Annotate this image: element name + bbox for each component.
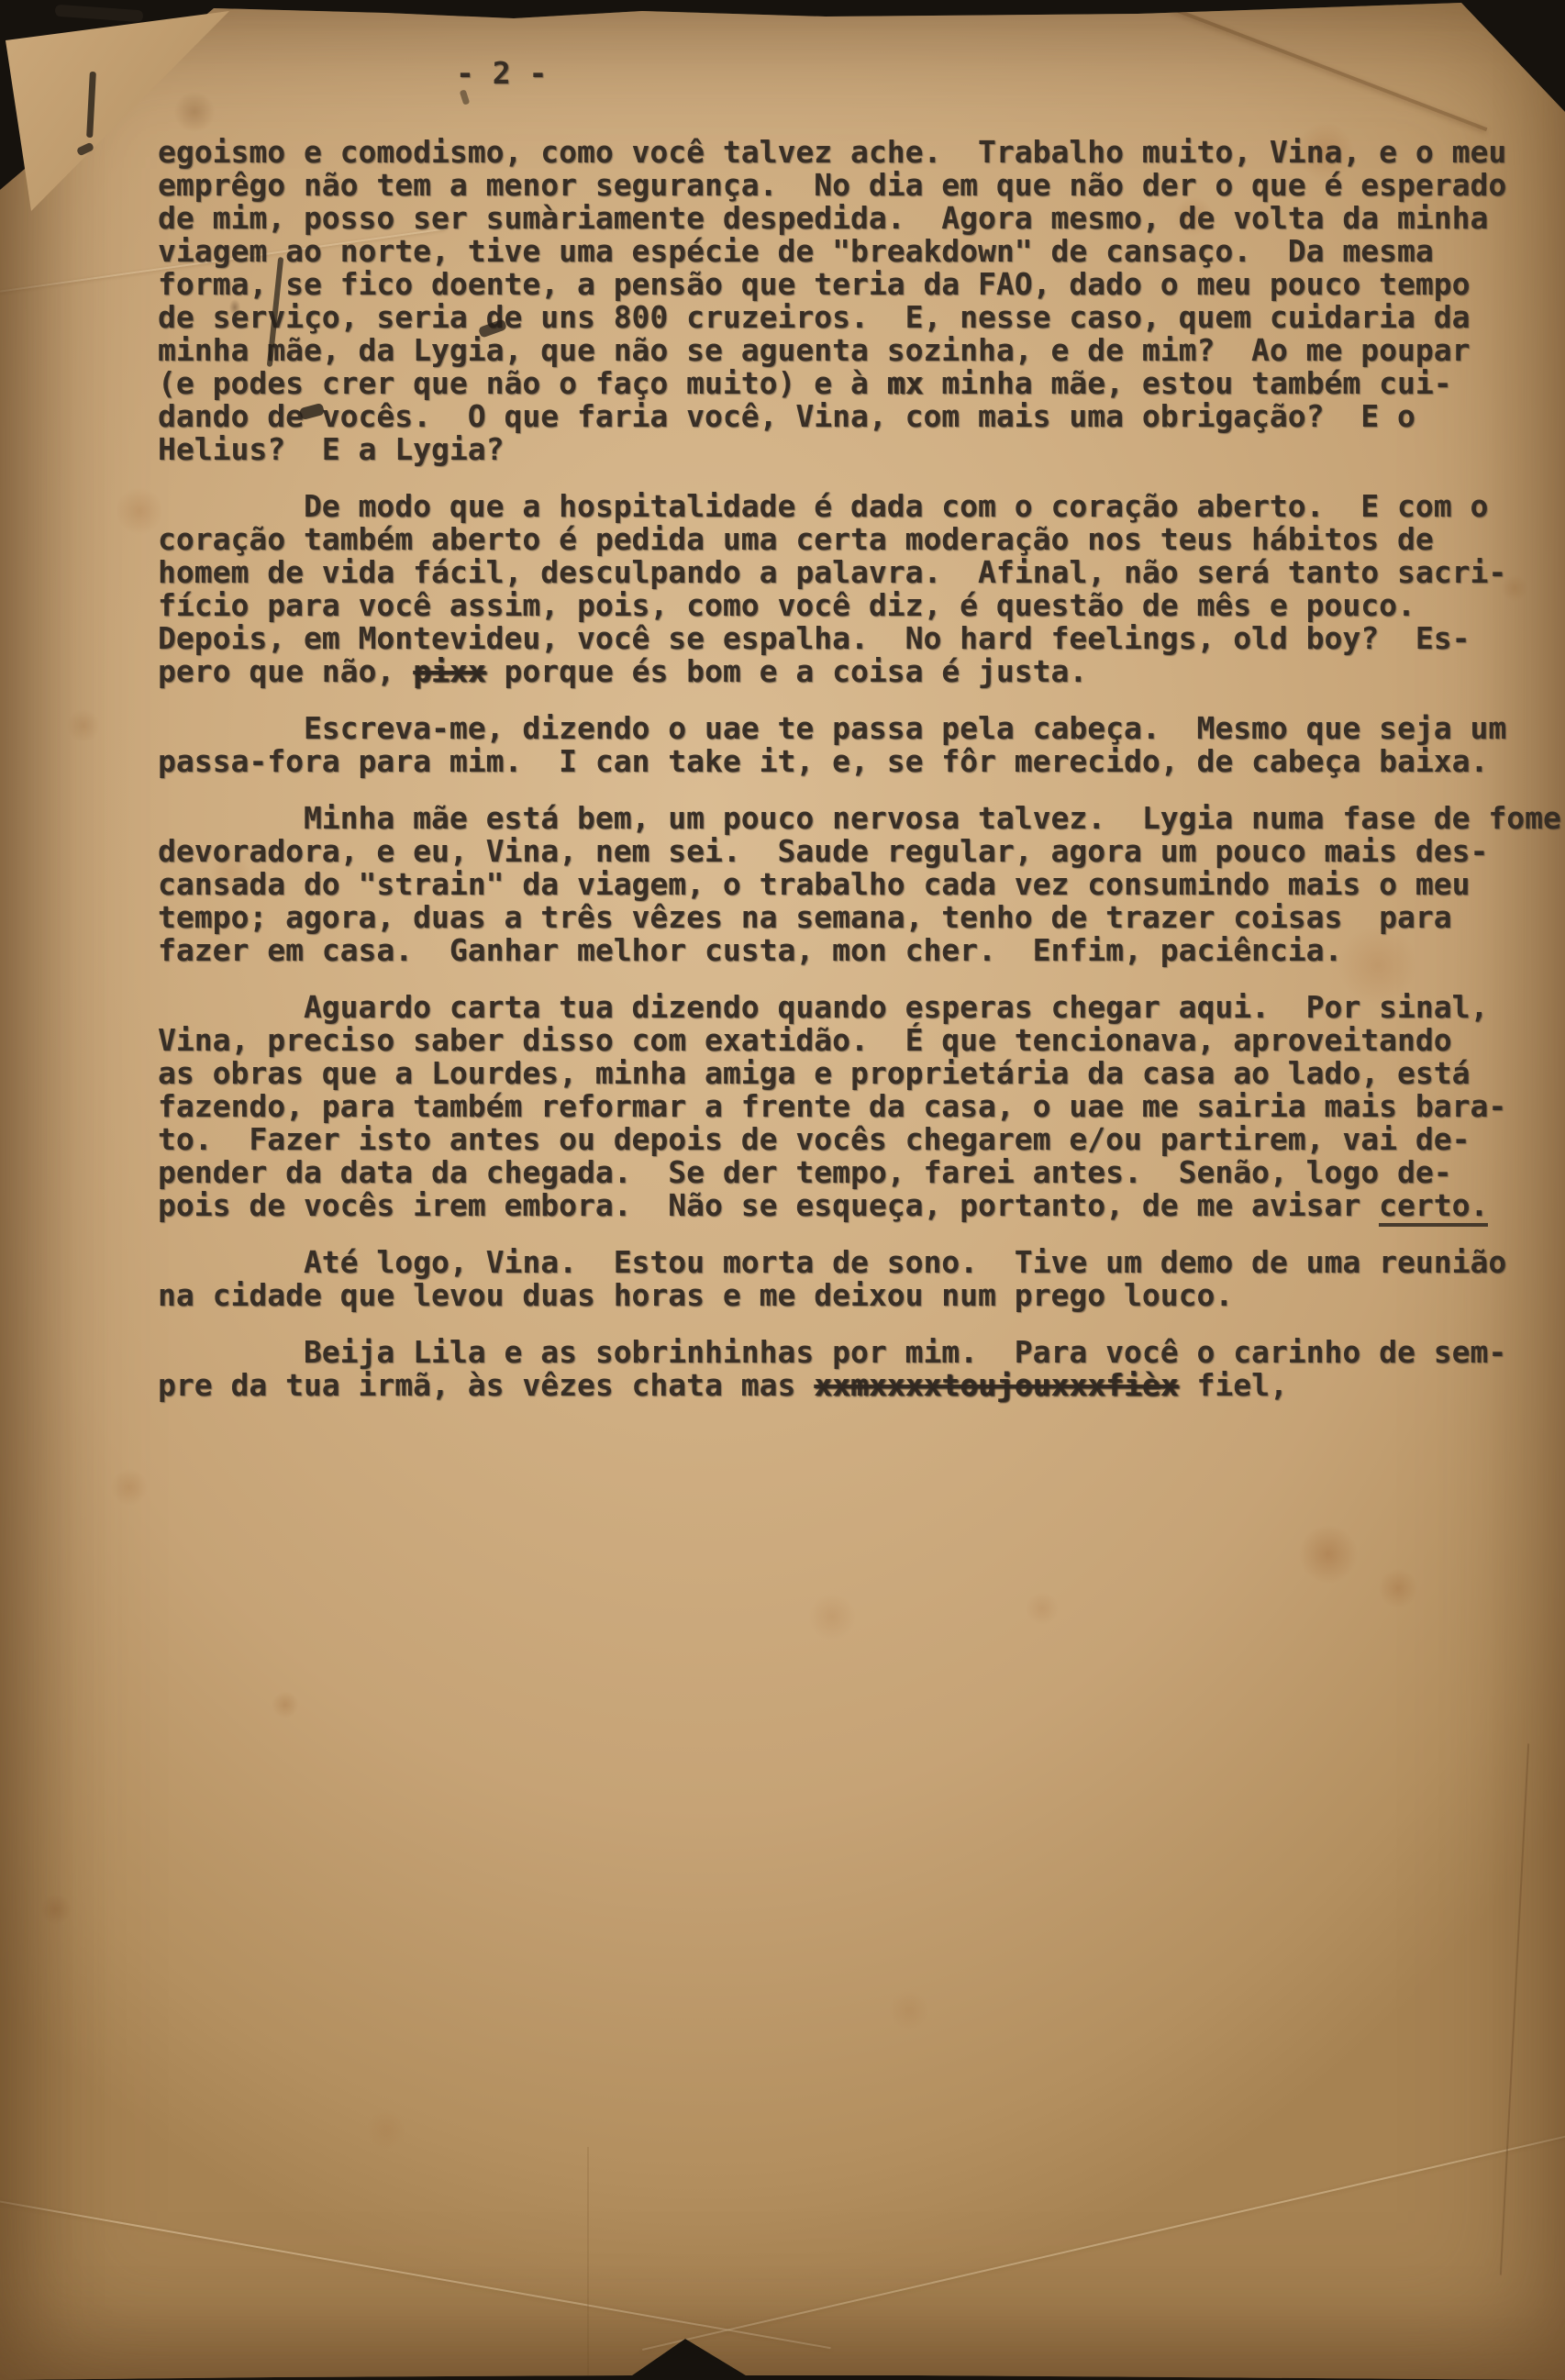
paragraph-4: Minha mãe está bem, um pouco nervosa tal… [158, 802, 1532, 967]
text-line: fício para você assim, pois, como você d… [158, 589, 1532, 622]
letter-body: egoismo e comodismo, como você talvez ac… [158, 136, 1532, 1426]
text-line: de serviço, seria de uns 800 cruzeiros. … [158, 301, 1532, 334]
typed-segment: (e podes crer que não o faço muito) e à [158, 365, 887, 401]
text-line: passa-fora para mim. I can take it, e, s… [158, 745, 1532, 778]
typed-segment: Depois, em Montevideu, você se espalha. … [158, 620, 1470, 656]
text-line: de mim, posso ser sumàriamente despedida… [158, 202, 1532, 235]
typed-segment: passa-fora para mim. I can take it, e, s… [158, 743, 1488, 779]
typed-segment: forma, se fico doente, a pensão que teri… [158, 266, 1470, 302]
text-line: pender da data da chegada. Se der tempo,… [158, 1156, 1532, 1189]
text-line: viagem ao norte, tive uma espécie de "br… [158, 235, 1532, 268]
typed-segment-underline: certo. [1379, 1187, 1488, 1227]
text-line: Helius? E a Lygia? [158, 433, 1532, 466]
text-line: as obras que a Lourdes, minha amiga e pr… [158, 1057, 1532, 1090]
typed-segment: minha mãe, da Lygia, que não se aguenta … [158, 332, 1470, 368]
typed-segment-strike: xxmxxxxtoujouxxxfièx [814, 1367, 1178, 1403]
typed-segment: Beija Lila e as sobrinhinhas por mim. Pa… [158, 1334, 1506, 1370]
typed-segment: pre da tua irmã, às vêzes chata mas [158, 1367, 814, 1403]
text-line: homem de vida fácil, desculpando a palav… [158, 556, 1532, 589]
crease-line [1500, 1743, 1529, 2274]
text-line: (e podes crer que não o faço muito) e à … [158, 367, 1532, 400]
typed-segment: De modo que a hospitalidade é dada com o… [158, 488, 1488, 524]
typed-segment: viagem ao norte, tive uma espécie de "br… [158, 233, 1434, 269]
text-line: fazendo, para também reformar a frente d… [158, 1090, 1532, 1123]
typed-segment: na cidade que levou duas horas e me deix… [158, 1277, 1233, 1313]
text-line: Até logo, Vina. Estou morta de sono. Tiv… [158, 1246, 1532, 1279]
text-line: cansada do "strain" da viagem, o trabalh… [158, 868, 1532, 901]
text-line: dando de vocês. O que faria você, Vina, … [158, 400, 1532, 433]
typed-segment: Minha mãe está bem, um pouco nervosa tal… [158, 800, 1561, 836]
typed-segment: de serviço, seria de uns 800 cruzeiros. … [158, 299, 1470, 335]
text-line: pre da tua irmã, às vêzes chata mas xxmx… [158, 1369, 1532, 1402]
paragraph-6: Até logo, Vina. Estou morta de sono. Tiv… [158, 1246, 1532, 1312]
text-line: tempo; agora, duas a três vêzes na seman… [158, 901, 1532, 934]
paragraph-1: egoismo e comodismo, como você talvez ac… [158, 136, 1532, 466]
text-line: Vina, preciso saber disso com exatidão. … [158, 1024, 1532, 1057]
text-line: Aguardo carta tua dizendo quando esperas… [158, 991, 1532, 1024]
typed-segment: Aguardo carta tua dizendo quando esperas… [158, 989, 1488, 1025]
typed-segment: minha mãe, estou também cui- [923, 365, 1451, 401]
typed-segment: emprêgo não tem a menor segurança. No di… [158, 167, 1506, 203]
typed-segment: cansada do "strain" da viagem, o trabalh… [158, 866, 1470, 902]
typed-segment: Vina, preciso saber disso com exatidão. … [158, 1022, 1452, 1058]
text-line: Escreva-me, dizendo o uae te passa pela … [158, 712, 1532, 745]
typed-segment: pero que não, [158, 653, 413, 689]
text-line: pero que não, pixx porque és bom e a coi… [158, 655, 1532, 688]
text-line: Beija Lila e as sobrinhinhas por mim. Pa… [158, 1336, 1532, 1369]
typed-segment: fício para você assim, pois, como você d… [158, 587, 1415, 623]
page-number: - 2 - [456, 55, 547, 91]
typed-segment: tempo; agora, duas a três vêzes na seman… [158, 899, 1452, 935]
scanned-letter-screenshot: { "page": { "number_label": "- 2 -" }, "… [0, 0, 1565, 2380]
typed-segment: to. Fazer isto antes ou depois de vocês … [158, 1121, 1470, 1157]
text-line: pois de vocês irem embora. Não se esqueç… [158, 1189, 1532, 1222]
paragraph-3: Escreva-me, dizendo o uae te passa pela … [158, 712, 1532, 778]
text-line: devoradora, e eu, Vina, nem sei. Saude r… [158, 835, 1532, 868]
typed-segment: egoismo e comodismo, como você talvez ac… [158, 134, 1506, 170]
paragraph-7: Beija Lila e as sobrinhinhas por mim. Pa… [158, 1336, 1532, 1402]
typed-segment-bold: mx [887, 365, 924, 401]
typed-segment: fiel, [1179, 1367, 1288, 1403]
typed-segment: dando de vocês. O que faria você, Vina, … [158, 398, 1415, 434]
crease-line [0, 2197, 831, 2349]
typed-segment: de mim, posso ser sumàriamente despedida… [158, 200, 1488, 236]
typed-segment: fazer em casa. Ganhar melhor custa, mon … [158, 932, 1342, 968]
text-line: fazer em casa. Ganhar melhor custa, mon … [158, 934, 1532, 967]
paragraph-2: De modo que a hospitalidade é dada com o… [158, 490, 1532, 688]
typed-segment: pender da data da chegada. Se der tempo,… [158, 1154, 1452, 1190]
text-line: na cidade que levou duas horas e me deix… [158, 1279, 1532, 1312]
typed-segment: Escreva-me, dizendo o uae te passa pela … [158, 710, 1506, 746]
text-line: coração também aberto é pedida uma certa… [158, 523, 1532, 556]
typed-segment: porque és bom e a coisa é justa. [486, 653, 1088, 689]
typed-segment: as obras que a Lourdes, minha amiga e pr… [158, 1055, 1470, 1091]
paragraph-5: Aguardo carta tua dizendo quando esperas… [158, 991, 1532, 1222]
text-line: forma, se fico doente, a pensão que teri… [158, 268, 1532, 301]
typed-segment: devoradora, e eu, Vina, nem sei. Saude r… [158, 833, 1488, 869]
paper-sheet: - 2 - egoismo e comodismo, como você tal… [0, 0, 1565, 2380]
crease-line [587, 2147, 589, 2376]
typed-segment-strike: pixx [413, 653, 485, 689]
typed-segment: coração também aberto é pedida uma certa… [158, 521, 1434, 557]
text-line: De modo que a hospitalidade é dada com o… [158, 490, 1532, 523]
typed-segment: fazendo, para também reformar a frente d… [158, 1088, 1506, 1124]
text-line: minha mãe, da Lygia, que não se aguenta … [158, 334, 1532, 367]
text-line: Minha mãe está bem, um pouco nervosa tal… [158, 802, 1532, 835]
text-line: emprêgo não tem a menor segurança. No di… [158, 169, 1532, 202]
crease-line [642, 2130, 1565, 2351]
typed-segment: Helius? E a Lygia? [158, 431, 505, 467]
typed-segment: homem de vida fácil, desculpando a palav… [158, 554, 1506, 590]
ink-smudge [55, 5, 144, 23]
text-line: egoismo e comodismo, como você talvez ac… [158, 136, 1532, 169]
text-line: Depois, em Montevideu, você se espalha. … [158, 622, 1532, 655]
text-line: to. Fazer isto antes ou depois de vocês … [158, 1123, 1532, 1156]
typed-segment: Até logo, Vina. Estou morta de sono. Tiv… [158, 1244, 1506, 1280]
crease-line [1144, 0, 1488, 131]
typed-segment: pois de vocês irem embora. Não se esqueç… [158, 1187, 1379, 1223]
